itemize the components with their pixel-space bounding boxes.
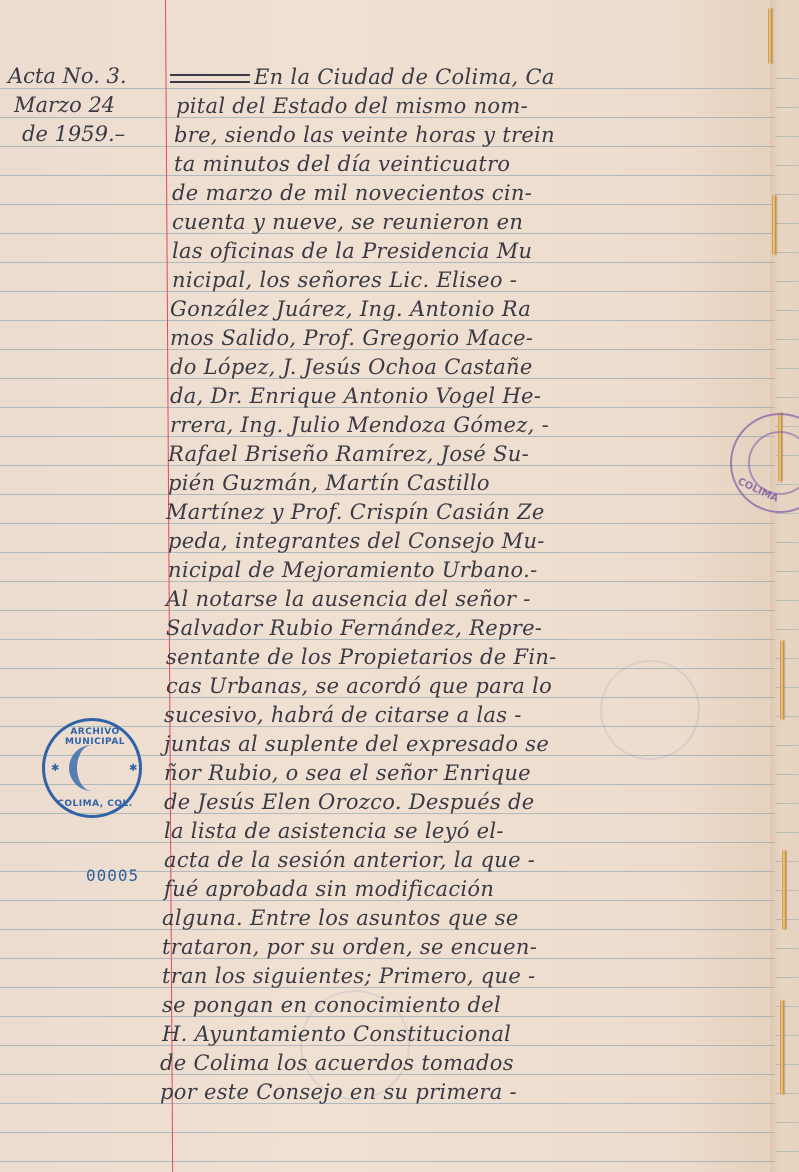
body-line: Al notarse la ausencia del señor -: [166, 588, 531, 610]
body-line: do López, J. Jesús Ochoa Castañe: [170, 356, 533, 378]
body-line: da, Dr. Enrique Antonio Vogel He-: [170, 385, 541, 407]
faint-stamp-impression: [600, 660, 700, 760]
staple-6: [780, 1000, 784, 1095]
star-icon: ✱: [51, 763, 59, 774]
staple-4: [780, 640, 784, 720]
staple-2: [772, 195, 776, 255]
ledger-page: Acta No. 3. Marzo 24 de 1959.– En la Ciu…: [0, 0, 799, 1172]
body-line: González Juárez, Ing. Antonio Ra: [170, 298, 531, 320]
body-line-1: En la Ciudad de Colima, Ca: [168, 66, 555, 88]
body-line: de Jesús Elen Orozco. Después de: [164, 791, 535, 813]
body-line: alguna. Entre los asuntos que se: [162, 907, 519, 929]
body-line: pital del Estado del mismo nom-: [176, 95, 528, 117]
body-line: de marzo de mil novecientos cin-: [172, 182, 532, 204]
crescent-emblem-icon: [69, 745, 115, 791]
body-line: sentante de los Propietarios de Fin-: [166, 646, 557, 668]
body-line: Salvador Rubio Fernández, Repre-: [166, 617, 542, 639]
body-line: juntas al suplente del expresado se: [164, 733, 549, 755]
double-dash-separator: [170, 74, 250, 83]
body-line: de Colima los acuerdos tomados: [160, 1052, 514, 1074]
body-line: por este Consejo en su primera -: [160, 1081, 517, 1103]
staple-1: [768, 8, 772, 64]
margin-note-date: Marzo 24: [14, 93, 115, 117]
body-line: las oficinas de la Presidencia Mu: [172, 240, 532, 262]
folio-number: 00005: [86, 866, 139, 885]
body-line: tran los siguientes; Primero, que -: [162, 965, 535, 987]
body-line: sucesivo, habrá de citarse a las -: [164, 704, 522, 726]
body-line: la lista de asistencia se leyó el-: [164, 820, 504, 842]
body-line: cuenta y nueve, se reunieron en: [172, 211, 523, 233]
body-line: nicipal de Mejoramiento Urbano.-: [168, 559, 537, 581]
ruled-line: [0, 1161, 775, 1162]
stamp-top-text: ARCHIVO MUNICIPAL: [57, 727, 133, 747]
star-icon: ✱: [129, 763, 137, 774]
margin-note-act-number: Acta No. 3.: [8, 64, 127, 88]
body-line: ñor Rubio, o sea el señor Enrique: [164, 762, 531, 784]
body-line: mos Salido, Prof. Gregorio Mace-: [170, 327, 533, 349]
body-line: peda, integrantes del Consejo Mu-: [168, 530, 545, 552]
body-line: acta de la sesión anterior, la que -: [164, 849, 535, 871]
body-line: Rafael Briseño Ramírez, José Su-: [168, 443, 529, 465]
stamp-bottom-text: COLIMA, COL.: [57, 799, 133, 809]
body-line: rrera, Ing. Julio Mendoza Gómez, -: [170, 414, 549, 436]
body-line: trataron, por su orden, se encuen-: [162, 936, 537, 958]
body-line: Martínez y Prof. Crispín Casián Ze: [166, 501, 545, 523]
ruled-line: [0, 1132, 775, 1133]
body-line: pién Guzmán, Martín Castillo: [168, 472, 490, 494]
staple-5: [782, 850, 786, 930]
body-line: se pongan en conocimiento del: [162, 994, 501, 1016]
binding-gutter: [770, 0, 799, 1172]
margin-note-year: de 1959.–: [22, 122, 125, 146]
body-line: ta minutos del día veinticuatro: [174, 153, 510, 175]
archive-municipal-stamp: ARCHIVO MUNICIPAL ✱ ✱ COLIMA, COL.: [42, 718, 142, 818]
body-line-text: En la Ciudad de Colima, Ca: [254, 65, 555, 89]
body-line: H. Ayuntamiento Constitucional: [162, 1023, 511, 1045]
body-line: fué aprobada sin modificación: [164, 878, 494, 900]
body-line: nicipal, los señores Lic. Eliseo -: [172, 269, 517, 291]
body-line: bre, siendo las veinte horas y trein: [174, 124, 555, 146]
presidency-stamp: COLIMA: [730, 413, 799, 513]
body-line: cas Urbanas, se acordó que para lo: [166, 675, 552, 697]
